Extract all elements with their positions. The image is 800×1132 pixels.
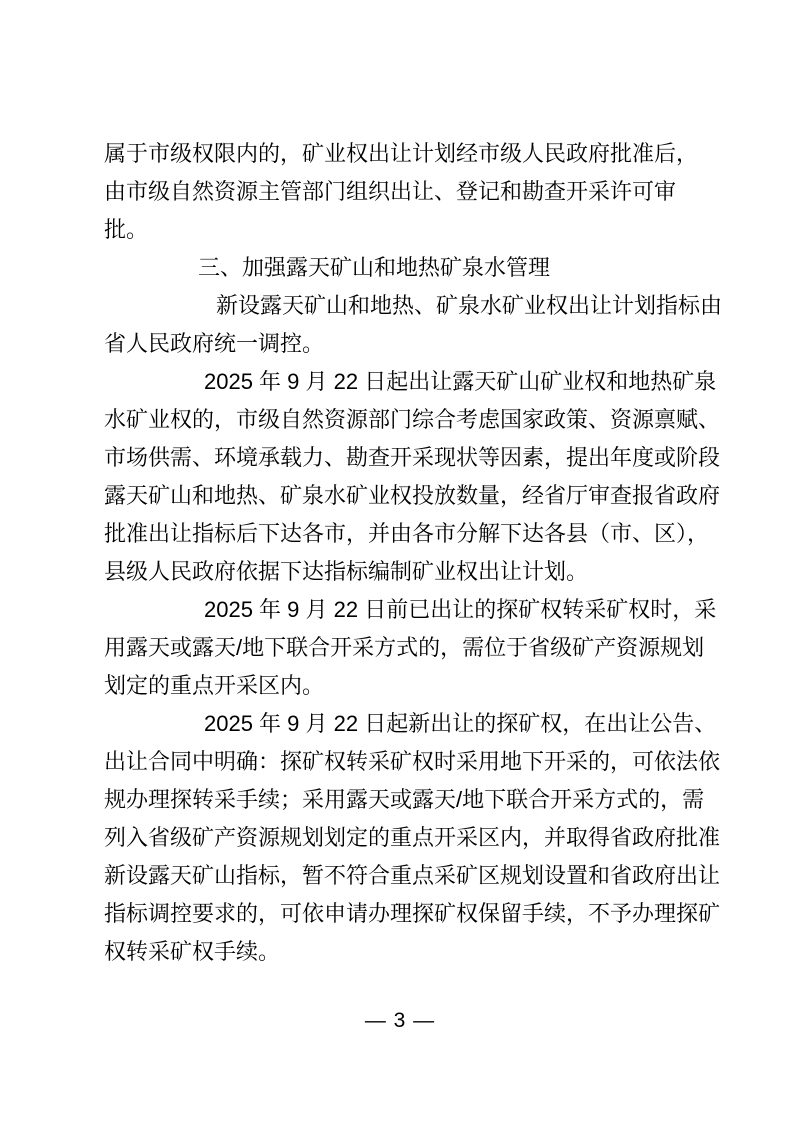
text-line: 县级人民政府依据下达指标编制矿业权出让计划。 [104,553,744,591]
section-heading: 三、加强露天矿山和地热矿泉水管理 [104,249,744,287]
text-line: 规办理探转采手续；采用露天或露天/地下联合开采方式的，需 [104,781,744,819]
text-line: 属于市级权限内的，矿业权出让计划经市级人民政府批准后， [104,135,744,173]
text-line: 2025 年 9 月 22 日起出让露天矿山矿业权和地热矿泉 [104,363,744,401]
text-line: 2025 年 9 月 22 日前已出让的探矿权转采矿权时，采 [104,591,744,629]
text-line: 2025 年 9 月 22 日起新出让的探矿权，在出让公告、 [104,705,744,743]
text-line: 列入省级矿产资源规划划定的重点开采区内，并取得省政府批准 [104,819,744,857]
text-line: 新设露天矿山和地热、矿泉水矿业权出让计划指标由 [104,287,744,325]
text-line: 由市级自然资源主管部门组织出让、登记和勘查开采许可审 [104,173,744,211]
text-line: 露天矿山和地热、矿泉水矿业权投放数量，经省厅审查报省政府 [104,477,744,515]
document-page: 属于市级权限内的，矿业权出让计划经市级人民政府批准后， 由市级自然资源主管部门组… [0,0,800,1132]
page-footer: — 3 — [0,1006,800,1036]
text-line: 出让合同中明确：探矿权转采矿权时采用地下开采的，可依法依 [104,743,744,781]
page-number: — 3 — [365,1009,435,1032]
document-body: 属于市级权限内的，矿业权出让计划经市级人民政府批准后， 由市级自然资源主管部门组… [104,135,744,971]
text-line: 划定的重点开采区内。 [104,667,744,705]
text-line: 批。 [104,211,744,249]
text-line: 用露天或露天/地下联合开采方式的，需位于省级矿产资源规划 [104,629,744,667]
text-line: 省人民政府统一调控。 [104,325,744,363]
text-line: 指标调控要求的，可依申请办理探矿权保留手续，不予办理探矿 [104,895,744,933]
text-line: 市场供需、环境承载力、勘查开采现状等因素，提出年度或阶段 [104,439,744,477]
text-line: 新设露天矿山指标，暂不符合重点采矿区规划设置和省政府出让 [104,857,744,895]
text-line: 批准出让指标后下达各市，并由各市分解下达各县（市、区）， [104,515,744,553]
text-line: 水矿业权的，市级自然资源部门综合考虑国家政策、资源禀赋、 [104,401,744,439]
text-line: 权转采矿权手续。 [104,933,744,971]
